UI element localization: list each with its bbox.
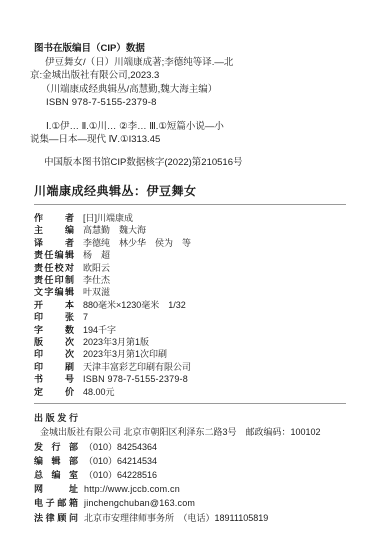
row-label: 总编室 [34,468,78,482]
row-value: 李德纯 林少华 侯为 等 [83,238,191,248]
row-label: 责任编辑 [34,249,74,261]
row-label: 译者 [34,237,74,249]
table-row: 作者[日]川端康成 [34,212,361,224]
row-value: 杨 超 [83,250,110,260]
row-label: 文字编辑 [34,286,74,298]
table-row: 发行部（010）84254364 [34,440,361,454]
row-label: 印刷 [34,361,74,373]
row-label: 法律顾问 [34,511,78,525]
row-value: （010）64228516 [84,470,157,480]
row-value: 北京市安理律师事务所 （电话）18911105819 [84,513,268,523]
copyright-page: 图书在版编目（CIP）数据 伊豆舞女/（日）川端康成著;李德纯等译.—北 京:金… [0,0,375,543]
table-row: 出版发行金城出版社有限公司 北京市朝阳区利泽东二路3号 邮政编码：100102 [34,411,361,439]
row-value: 2023年3月第1次印刷 [83,349,167,359]
row-label: 作者 [34,212,74,224]
table-row: 责任校对欧阳云 [34,262,361,274]
row-value: 叶双滋 [83,287,110,297]
table-row: 主编高慧勤 魏大海 [34,224,361,236]
table-row: 总编室（010）64228516 [34,468,361,482]
cip-classification-line: 说集—日本—现代 Ⅳ.①I313.45 [30,133,361,147]
row-value: 880毫米×1230毫米 1/32 [83,300,186,310]
row-label: 字数 [34,324,74,336]
table-row: 网址http://www.jccb.com.cn [34,482,361,496]
table-row: 责任印制李仕杰 [34,274,361,286]
row-value: 金城出版社有限公司 北京市朝阳区利泽东二路3号 邮政编码：100102 [40,427,321,437]
row-label: 出版发行 [34,411,78,425]
cip-classification-line: Ⅰ.①伊… Ⅱ.①川… ②李… Ⅲ.①短篇小说—小 [34,120,361,134]
row-label: 印张 [34,311,74,323]
row-label: 责任校对 [34,262,74,274]
row-label: 主编 [34,224,74,236]
row-label: 印次 [34,348,74,360]
row-label: 责任印制 [34,274,74,286]
row-value: 天津丰富彩艺印刷有限公司 [83,362,191,372]
row-label: 定价 [34,386,74,398]
publication-info-table: 作者[日]川端康成 主编高慧勤 魏大海 译者李德纯 林少华 侯为 等 责任编辑杨… [34,212,361,398]
row-label: 编辑部 [34,454,78,468]
row-value: 194千字 [83,325,116,335]
row-value: 欧阳云 [83,263,110,273]
row-value: ISBN 978-7-5155-2379-8 [83,374,188,384]
row-label: 开本 [34,299,74,311]
divider [34,204,346,205]
cip-title: 图书在版编目（CIP）数据 [34,42,361,56]
row-value: 7 [83,312,88,322]
row-label: 书号 [34,373,74,385]
website-url: http://www.jccb.com.cn [84,484,180,494]
email-address: jinchengchuban@163.com [84,498,195,508]
row-value: [日]川端康成 [83,213,133,223]
table-row: 印次2023年3月第1次印刷 [34,348,361,360]
row-label: 电子邮箱 [34,496,78,510]
table-row: 字数194千字 [34,324,361,336]
divider [34,403,346,404]
cip-registration: 中国版本图书馆CIP数据核字(2022)第210516号 [34,156,361,170]
table-row: 法律顾问北京市安理律师事务所 （电话）18911105819 [34,511,361,525]
cip-line: 京:金城出版社有限公司,2023.3 [30,69,361,83]
row-value: 高慧勤 魏大海 [83,225,146,235]
table-row: 印刷天津丰富彩艺印刷有限公司 [34,361,361,373]
table-row: 文字编辑叶双滋 [34,286,361,298]
row-value: 李仕杰 [83,275,110,285]
table-row: 书号ISBN 978-7-5155-2379-8 [34,373,361,385]
table-row: 责任编辑杨 超 [34,249,361,261]
row-label: 发行部 [34,440,78,454]
cip-line: 伊豆舞女/（日）川端康成著;李德纯等译.—北 [34,56,361,70]
table-row: 电子邮箱jinchengchuban@163.com [34,496,361,510]
table-row: 印张7 [34,311,361,323]
table-row: 编辑部（010）64214534 [34,454,361,468]
cip-block: 图书在版编目（CIP）数据 伊豆舞女/（日）川端康成著;李德纯等译.—北 京:金… [34,42,361,169]
row-label: 网址 [34,482,78,496]
row-value: （010）84254364 [84,442,157,452]
row-value: 48.00元 [83,387,115,397]
cip-series-line: （川端康成经典辑丛/高慧勤,魏大海主编） [34,83,361,97]
publisher-contact-block: 出版发行金城出版社有限公司 北京市朝阳区利泽东二路3号 邮政编码：100102 … [34,411,361,525]
row-value: 2023年3月第1版 [83,337,149,347]
cip-isbn: ISBN 978-7-5155-2379-8 [34,96,361,110]
table-row: 译者李德纯 林少华 侯为 等 [34,237,361,249]
table-row: 开本880毫米×1230毫米 1/32 [34,299,361,311]
row-label: 版次 [34,336,74,348]
table-row: 定价48.00元 [34,386,361,398]
table-row: 版次2023年3月第1版 [34,336,361,348]
row-value: （010）64214534 [84,456,157,466]
page-title: 川端康成经典辑丛：伊豆舞女 [34,182,361,199]
